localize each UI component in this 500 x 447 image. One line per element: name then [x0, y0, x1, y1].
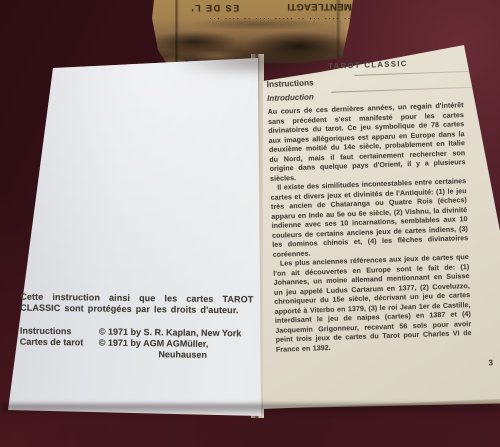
- right-page-text-block: TAROT CLASSIC Instructions Introduction …: [266, 57, 474, 355]
- box-stamp-text-right: MENTLEAGTI: [287, 1, 352, 12]
- body-paragraph-3: Les plus anciennes références aux jeux d…: [273, 253, 472, 355]
- box-stamp-text-left: ES DE L': [190, 3, 239, 13]
- credits-table: Instructions © 1971 by S. R. Kaplan, New…: [20, 326, 253, 362]
- credit-value: Neuhausen: [99, 349, 253, 362]
- credit-label: [20, 348, 99, 360]
- photo-scene: ES DE L' MENTLEAGTI ·· ···· ··· ·· ·····…: [0, 0, 500, 447]
- left-page-text-block: Cette instruction ainsi que les cartes T…: [20, 292, 254, 362]
- page-number: 3: [488, 358, 493, 367]
- section-subheading: Introduction: [267, 87, 465, 103]
- body-paragraph-2: Il existe des similitudes incontestables…: [270, 177, 469, 260]
- box-stamp-dotted-line: ·· ···· ··· ·· ····· ···· ·· ···· ···: [180, 14, 350, 21]
- copyright-notice: Cette instruction ainsi que les cartes T…: [20, 292, 253, 317]
- body-text: Au cours de ces dernières années, un reg…: [268, 101, 473, 355]
- page-bottom-shadow: [0, 404, 500, 416]
- body-paragraph-1: Au cours de ces dernières années, un reg…: [268, 101, 467, 184]
